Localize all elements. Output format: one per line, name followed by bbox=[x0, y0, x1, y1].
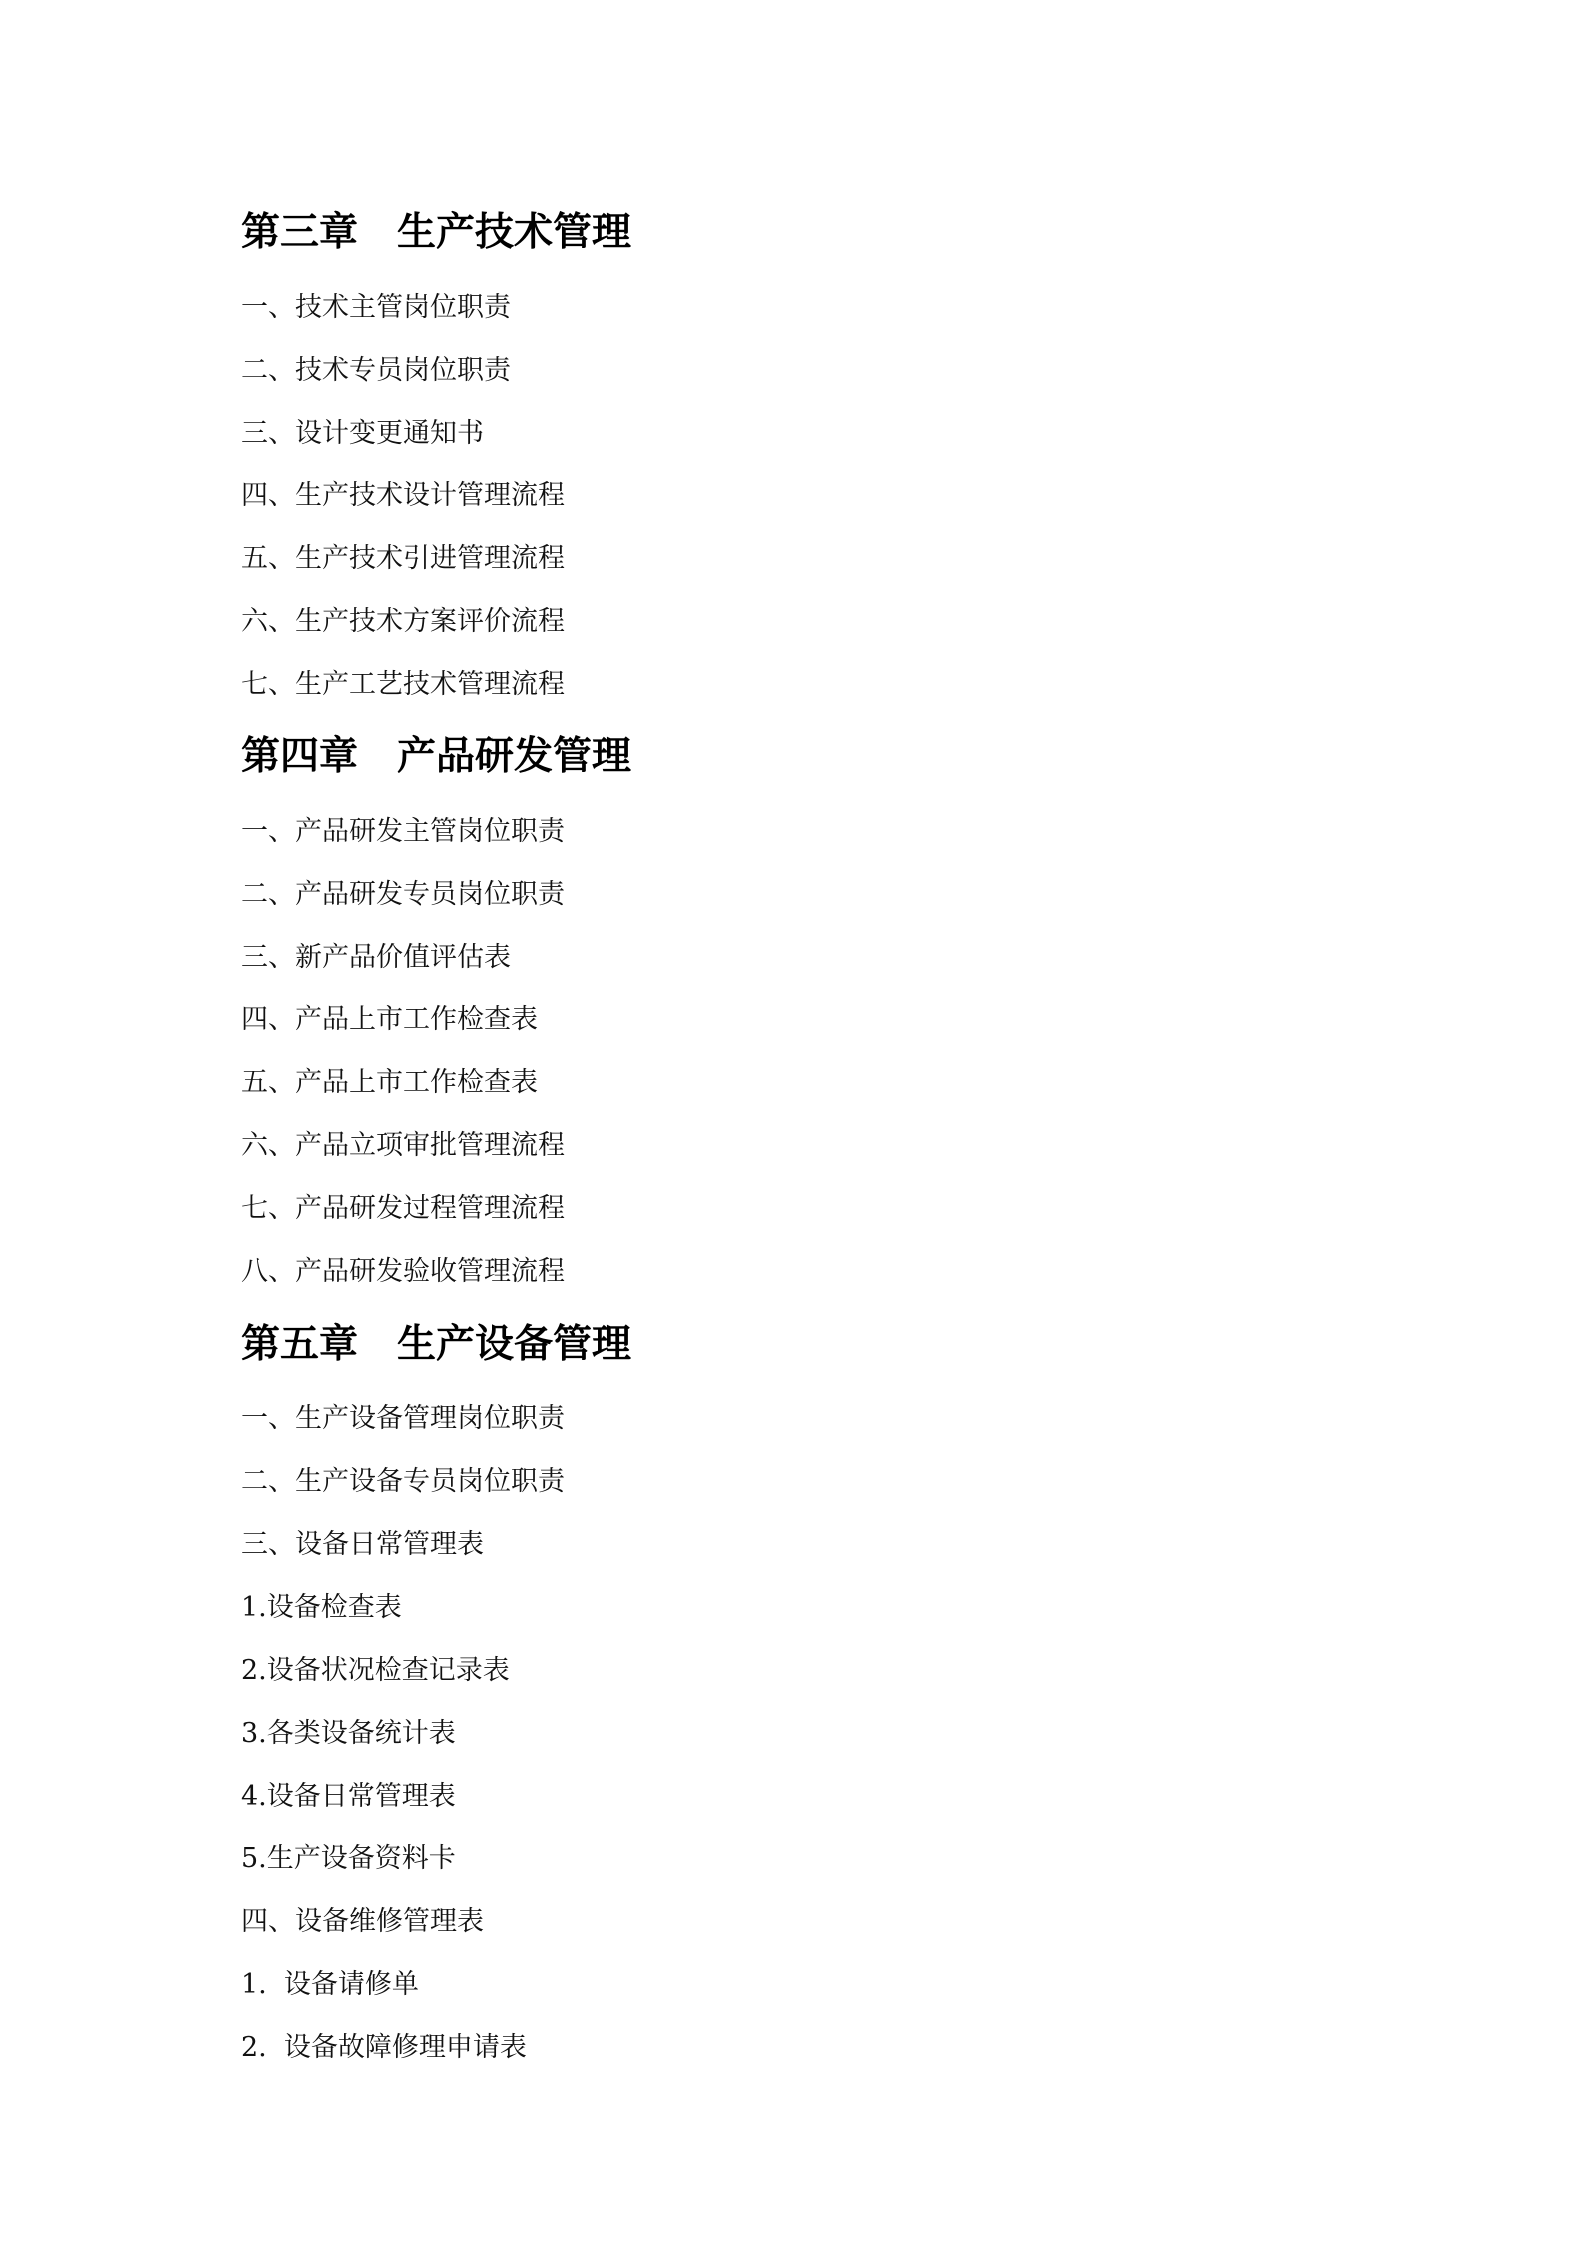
toc-sub-item: 3.各类设备统计表 bbox=[241, 1720, 456, 1747]
chapter-3-heading: 第三章 生产技术管理 bbox=[241, 213, 631, 252]
toc-item: 二、生产设备专员岗位职责 bbox=[241, 1468, 565, 1495]
document-page: 第三章 生产技术管理 一、技术主管岗位职责 二、技术专员岗位职责 三、设计变更通… bbox=[0, 0, 1586, 2244]
toc-item: 六、产品立项审批管理流程 bbox=[241, 1132, 565, 1159]
toc-sub-item: 2. 设备故障修理申请表 bbox=[241, 2034, 527, 2061]
toc-item: 四、产品上市工作检查表 bbox=[241, 1006, 538, 1033]
toc-item: 一、产品研发主管岗位职责 bbox=[241, 818, 565, 845]
toc-item: 三、设备日常管理表 bbox=[241, 1531, 484, 1558]
toc-item: 二、产品研发专员岗位职责 bbox=[241, 881, 565, 908]
toc-sub-item: 1. 设备请修单 bbox=[241, 1971, 419, 1998]
toc-item: 二、技术专员岗位职责 bbox=[241, 357, 511, 384]
toc-item: 三、新产品价值评估表 bbox=[241, 944, 511, 971]
toc-item: 六、生产技术方案评价流程 bbox=[241, 608, 565, 635]
toc-item: 一、技术主管岗位职责 bbox=[241, 294, 511, 321]
toc-item: 五、产品上市工作检查表 bbox=[241, 1069, 538, 1096]
toc-item: 八、产品研发验收管理流程 bbox=[241, 1258, 565, 1285]
toc-sub-item: 1.设备检查表 bbox=[241, 1594, 402, 1621]
toc-sub-item: 5.生产设备资料卡 bbox=[241, 1845, 456, 1872]
toc-item: 一、生产设备管理岗位职责 bbox=[241, 1405, 565, 1432]
toc-item: 五、生产技术引进管理流程 bbox=[241, 545, 565, 572]
toc-item: 三、设计变更通知书 bbox=[241, 420, 484, 447]
toc-item: 七、产品研发过程管理流程 bbox=[241, 1195, 565, 1222]
toc-item: 四、设备维修管理表 bbox=[241, 1908, 484, 1935]
toc-item: 七、生产工艺技术管理流程 bbox=[241, 671, 565, 698]
toc-sub-item: 2.设备状况检查记录表 bbox=[241, 1657, 510, 1684]
chapter-5-heading: 第五章 生产设备管理 bbox=[241, 1325, 631, 1364]
toc-sub-item: 4.设备日常管理表 bbox=[241, 1783, 456, 1810]
toc-item: 四、生产技术设计管理流程 bbox=[241, 482, 565, 509]
chapter-4-heading: 第四章 产品研发管理 bbox=[241, 737, 631, 776]
